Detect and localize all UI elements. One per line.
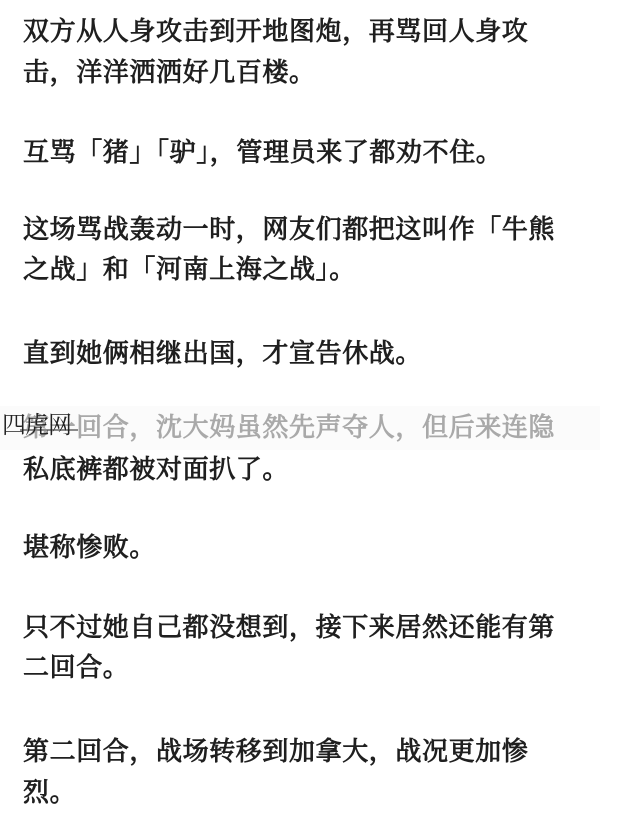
paragraph-3-line-2: 之战」和「河南上海之战」。 bbox=[23, 255, 356, 285]
paragraph-3-line-1: 这场骂战轰动一时，网友们都把这叫作「牛熊 bbox=[23, 215, 555, 245]
paragraph-1-line-1: 双方从人身攻击到开地图炮，再骂回人身攻 bbox=[23, 17, 528, 47]
paragraph-6-line-1: 堪称惨败。 bbox=[23, 533, 156, 563]
paragraph-1-line-2: 击，洋洋洒洒好几百楼。 bbox=[23, 58, 316, 88]
paragraph-7-line-1: 只不过她自己都没想到，接下来居然还能有第 bbox=[23, 613, 555, 643]
paragraph-4-line-1: 直到她俩相继出国，才宣告休战。 bbox=[23, 339, 422, 369]
paragraph-8-line-1: 第二回合，战场转移到加拿大，战况更加惨 bbox=[23, 737, 528, 767]
paragraph-2-line-1: 互骂「猪」「驴」，管理员来了都劝不住。 bbox=[23, 138, 502, 168]
paragraph-5-line-2: 私底裤都被对面扒了。 bbox=[23, 455, 289, 485]
paragraph-8-line-2: 烈。 bbox=[23, 778, 76, 808]
watermark-text: 四虎网 bbox=[2, 410, 71, 440]
paragraph-7-line-2: 二回合。 bbox=[23, 653, 129, 683]
paragraph-5-line-1: 第一回合，沈大妈虽然先声夺人，但后来连隐 bbox=[23, 413, 555, 443]
